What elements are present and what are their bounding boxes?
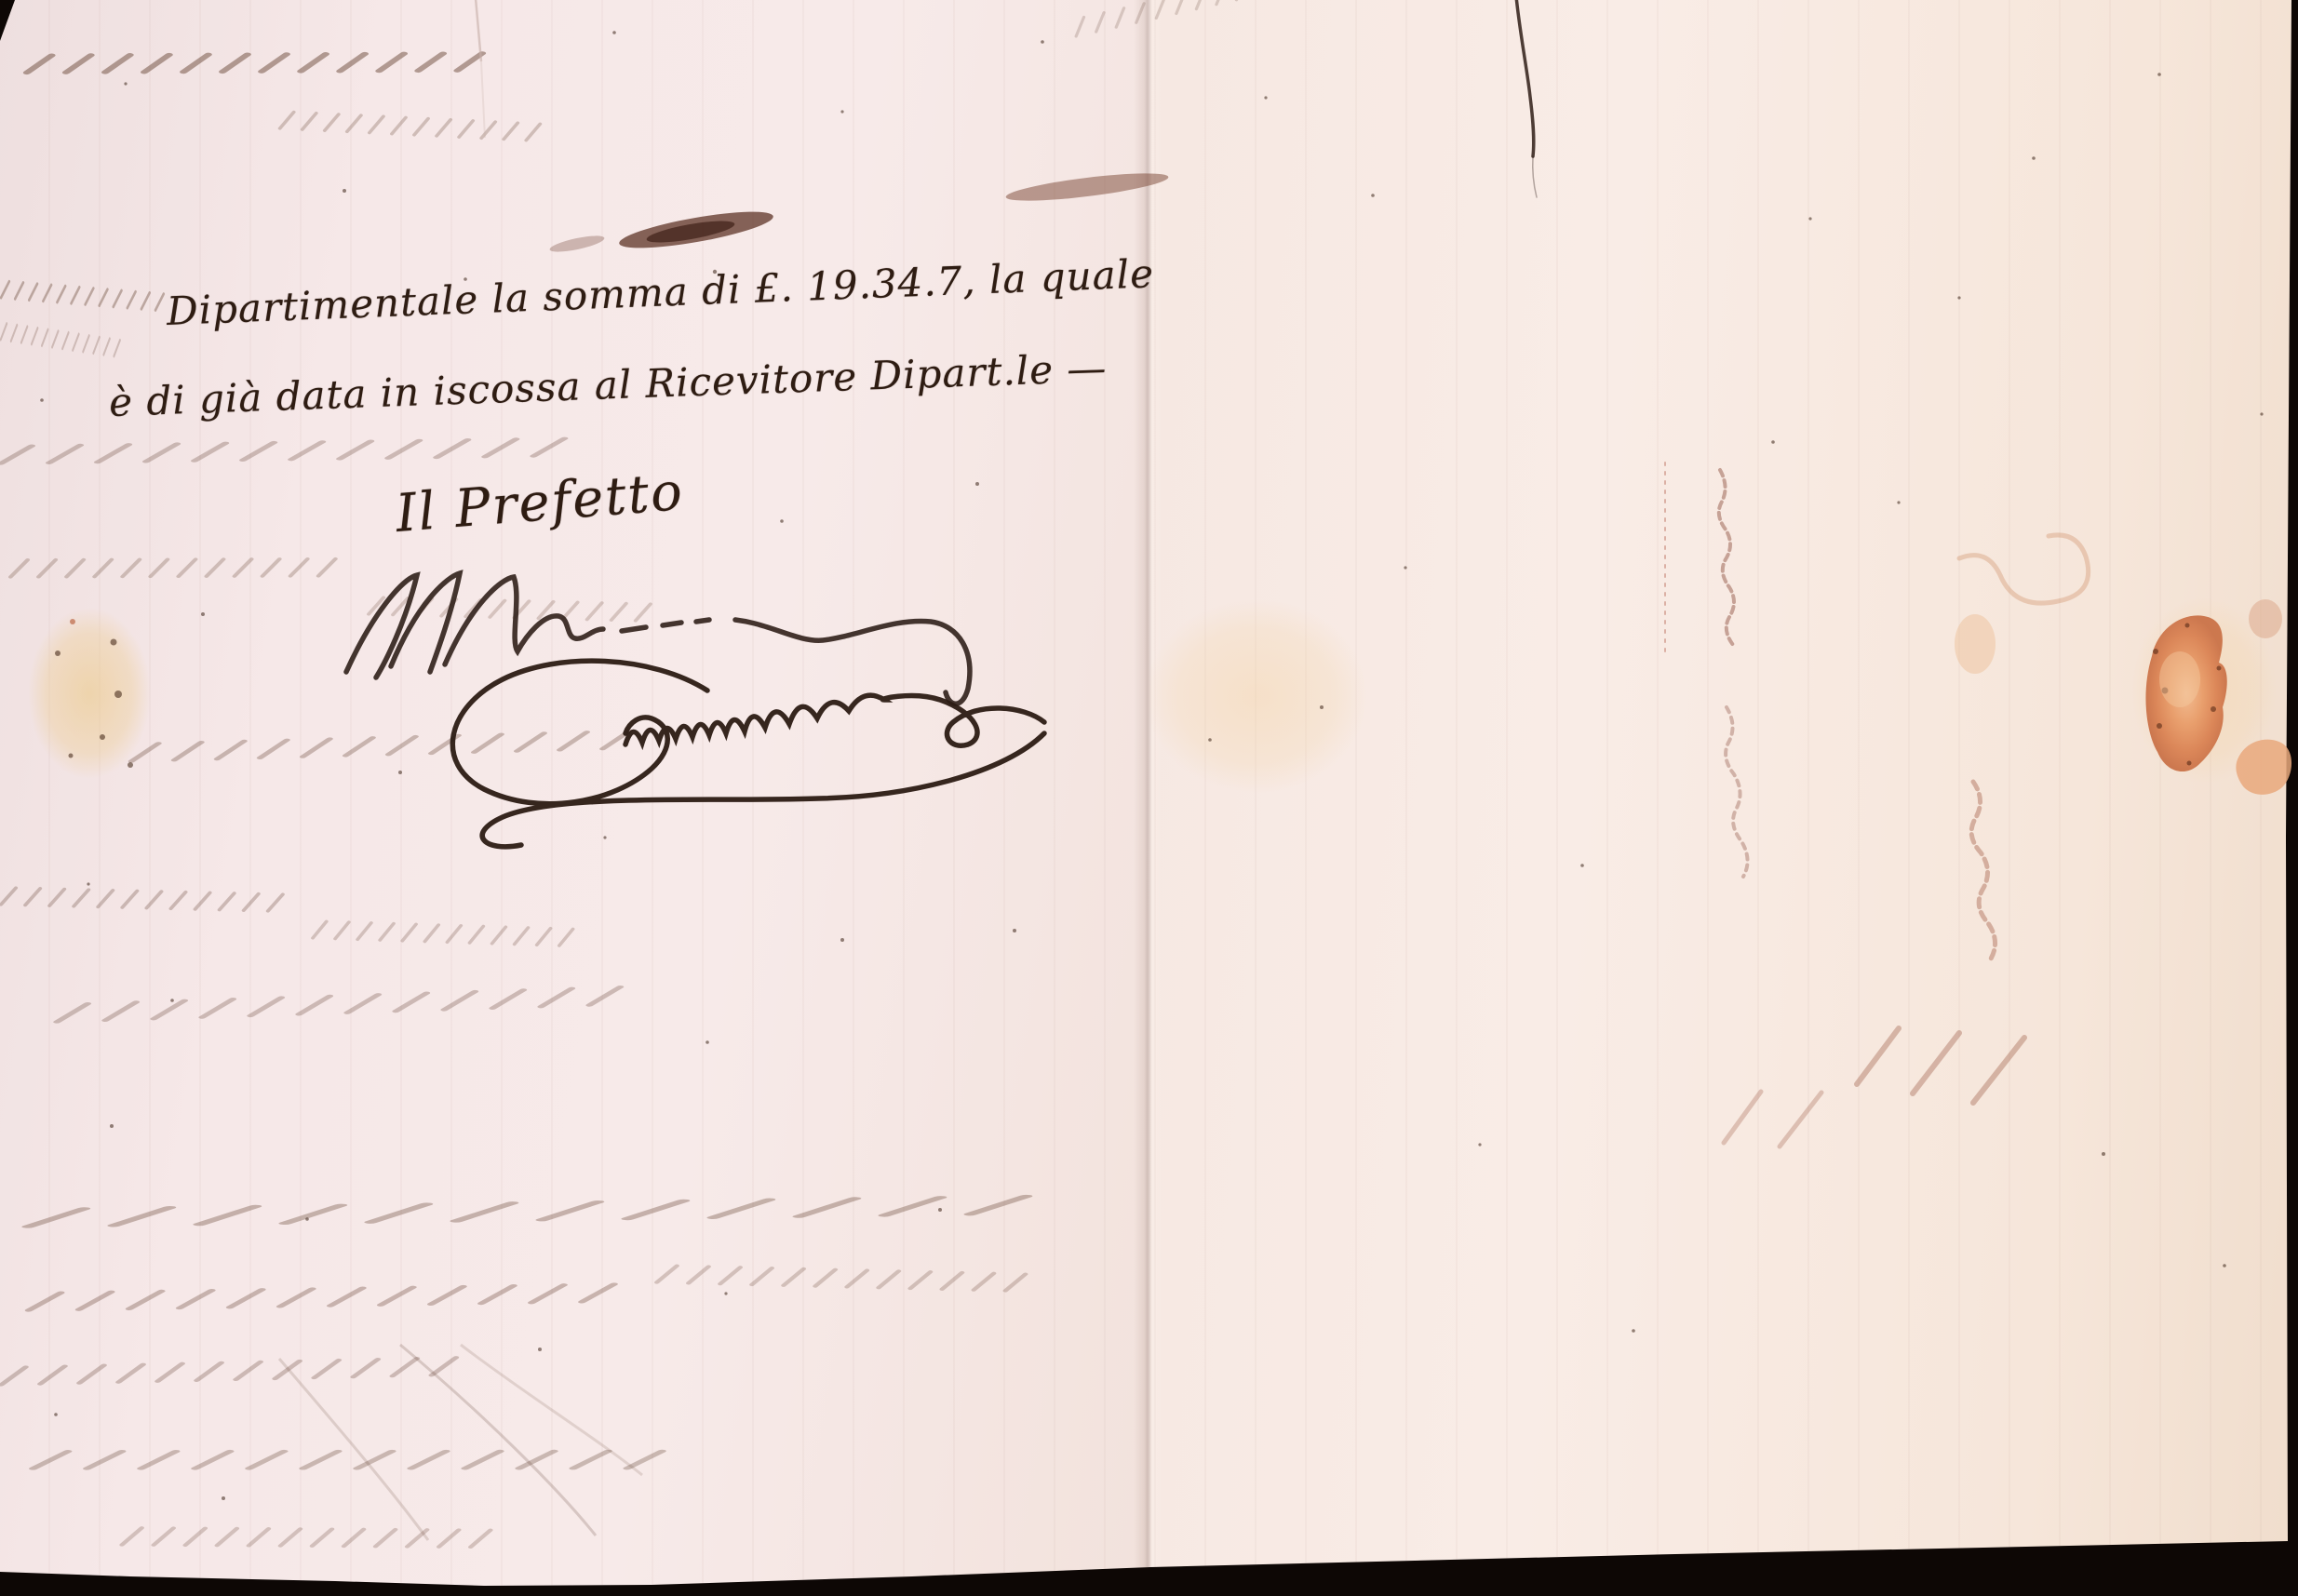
signature-scrawl [346,573,970,704]
signature-layer [0,0,2298,1596]
signature-paraph [452,661,1044,847]
document-scan: Dipartimentale la somma di £. 19.34.7, l… [0,0,2298,1596]
